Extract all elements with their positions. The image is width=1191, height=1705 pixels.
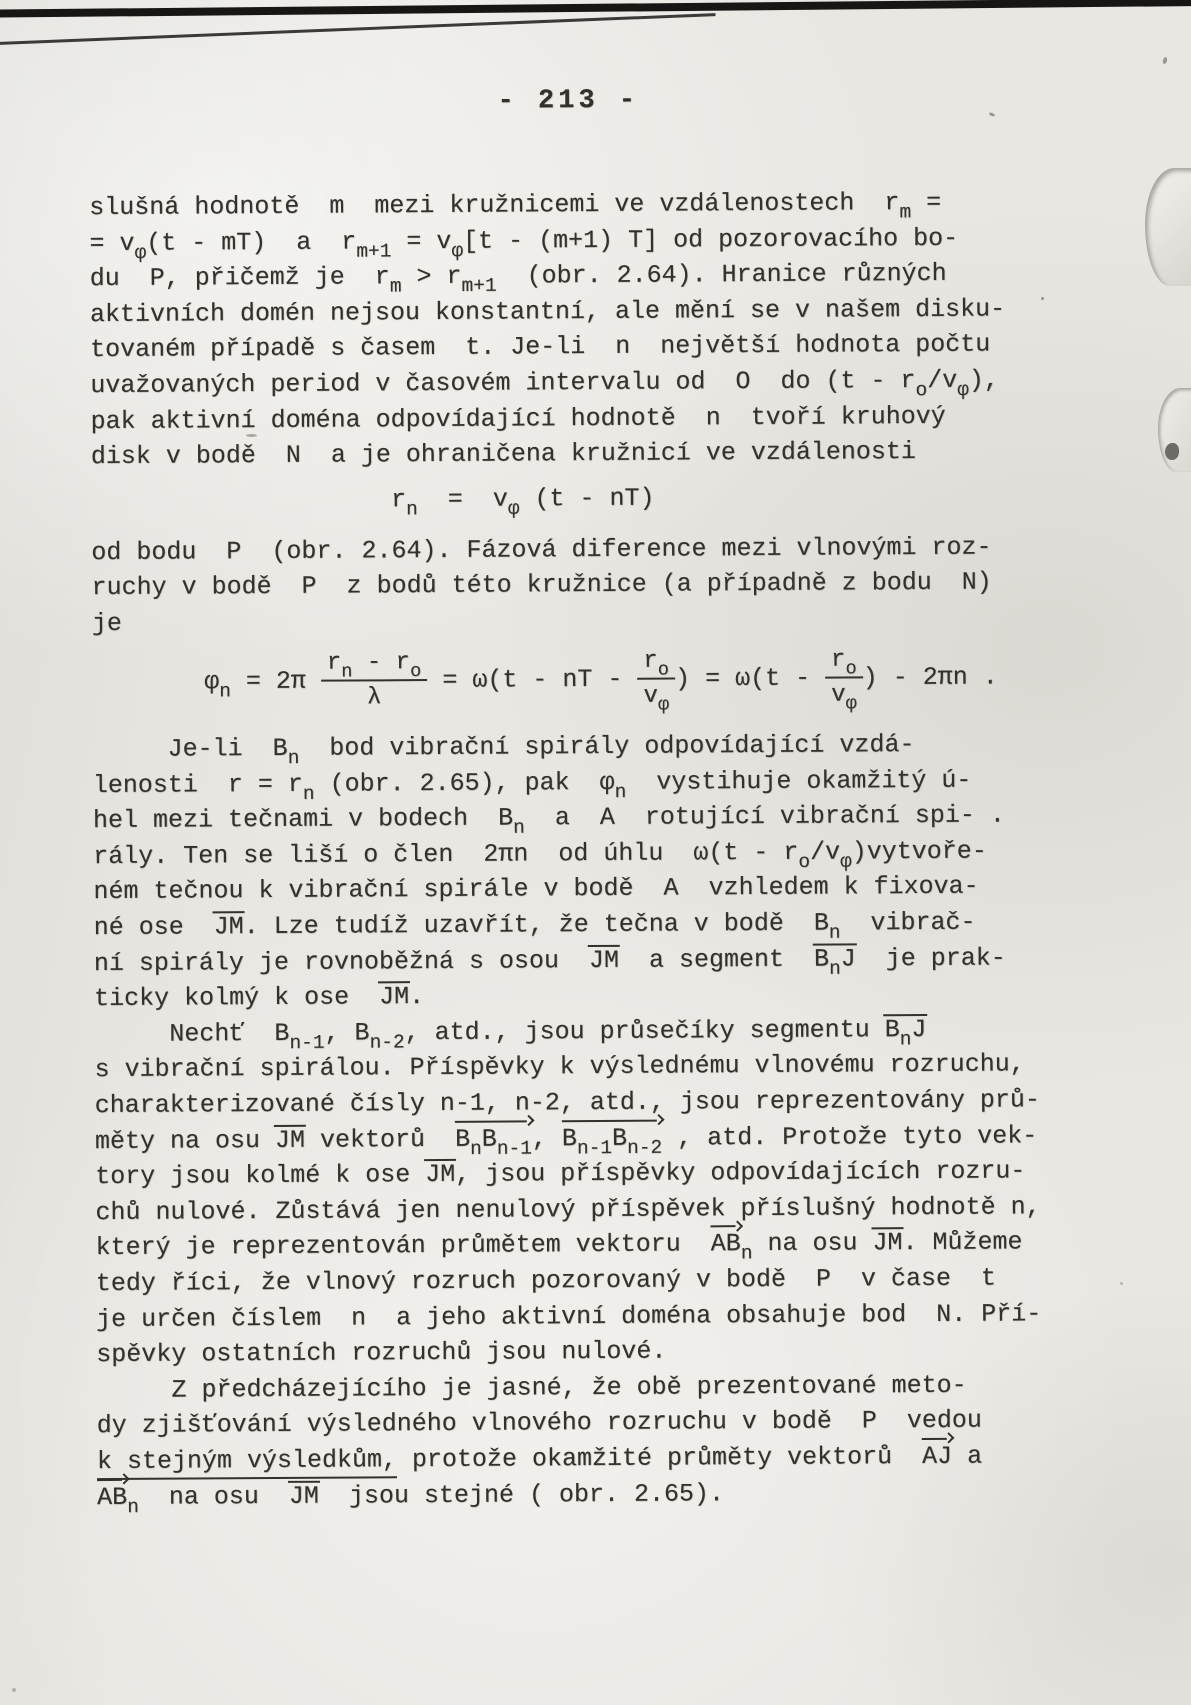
text-line: který je reprezentován průmětem vektoru … [96, 1224, 1176, 1266]
fraction: rn - roλ [321, 648, 428, 713]
text-line: je [92, 599, 1172, 641]
typewritten-sheet: - 213 - slušná hodnotě m mezi kružnicemi… [0, 0, 1191, 1705]
formula: rn = vφ (t - nT) [91, 476, 1171, 521]
text-line: ABn na osu JM jsou stejné ( obr. 2.65). [97, 1473, 1177, 1515]
text-line: je určen číslem n a jeho aktivní doména … [96, 1295, 1176, 1337]
scanned-document-page: { "page": { "number_label": "- 213 -", "… [0, 0, 1191, 1705]
text-line: disk v bodě N a je ohraničena kružnicí v… [91, 433, 1171, 475]
text-line: charakterizované čísly n-1, n-2, atd., j… [95, 1081, 1175, 1123]
fraction: rovφ [825, 645, 863, 710]
page-body: slušná hodnotě m mezi kružnicemi ve vzdá… [89, 183, 1177, 1515]
fraction: rovφ [637, 646, 675, 711]
formula: φn = 2π rn - roλ = ω(t - nT - rovφ) = ω(… [92, 643, 1172, 714]
page-number: - 213 - [498, 86, 640, 117]
